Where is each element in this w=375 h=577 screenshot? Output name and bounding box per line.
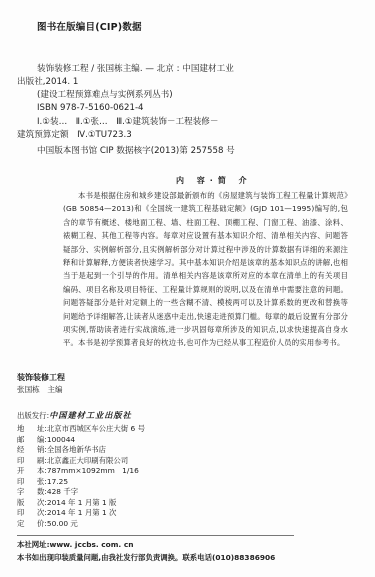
info-value: 17.25 [47, 477, 68, 486]
publisher-website: 本社网址:www. jccbs. com. cn [17, 539, 133, 550]
info-key: 地 [17, 424, 37, 435]
info-row-sheets: 印张:17.25 [17, 477, 68, 488]
copyright-page: 图书在版编目(CIP)数据 装饰装修工程 / 张国栋主编. — 北京 : 中国建… [0, 0, 375, 577]
info-key: 开 [17, 466, 37, 477]
cip-title-line: 装饰装修工程 / 张国栋主编. — 北京 : 中国建材工业 [37, 63, 234, 75]
info-key: 版 [17, 498, 37, 509]
info-row-format: 开本:787mm×1092mm 1/16 [17, 466, 139, 477]
info-value: 2014 年 1 月第 1 次 [47, 508, 117, 517]
cip-subject-line-cont: 建筑预算定额 Ⅳ.①TU723.3 [17, 129, 132, 141]
info-key-suffix: 价: [37, 519, 47, 530]
info-key: 邮 [17, 435, 37, 446]
colophon-book-title: 装饰装修工程 [17, 372, 65, 383]
info-row-printing: 印次:2014 年 1 月第 1 次 [17, 508, 116, 519]
publisher-row: 出版发行:中国建材工业出版社 [17, 410, 132, 422]
info-key: 字 [17, 487, 37, 498]
info-key-suffix: 本: [37, 466, 47, 477]
info-row-word-count: 字数:428 千字 [17, 487, 78, 498]
info-row-price: 定价:50.00 元 [17, 519, 78, 530]
intro-body: 本书是根据住房和城乡建设部最新颁布的《房屋建筑与装饰工程工程量计算规范》(GB … [63, 189, 348, 350]
info-key-suffix: 址: [37, 424, 47, 435]
publisher-name: 中国建材工业出版社 [49, 410, 132, 420]
divider [17, 535, 294, 536]
cip-series-line: (建设工程预算难点与实例系列丛书) [37, 89, 173, 101]
cip-subject-line: Ⅰ.①装… Ⅱ.①张… Ⅲ.①建筑装饰－工程装修－ [37, 116, 219, 128]
info-key: 印 [17, 477, 37, 488]
info-row-distributor: 经销:全国各地新华书店 [17, 445, 106, 456]
quality-notice: 本书如出现印装质量问题,由我社发行部负责调换。联系电话(010)88386906 [17, 552, 275, 563]
info-key-suffix: 次: [37, 508, 47, 519]
info-value: 428 千字 [47, 487, 78, 496]
intro-title: 内 容·简 介 [176, 175, 252, 186]
info-key-suffix: 编: [37, 435, 47, 446]
cip-heading: 图书在版编目(CIP)数据 [37, 19, 142, 33]
info-value: 787mm×1092mm 1/16 [47, 466, 139, 475]
info-row-postcode: 邮编:100044 [17, 435, 75, 446]
info-key-suffix: 数: [37, 487, 47, 498]
info-value: 100044 [47, 435, 75, 444]
cip-record-number: 中国版本图书馆 CIP 数据核字(2013)第 257558 号 [37, 145, 235, 157]
info-key-suffix: 刷: [37, 456, 47, 467]
info-key-suffix: 次: [37, 498, 47, 509]
info-value: 全国各地新华书店 [47, 445, 106, 454]
info-key: 经 [17, 445, 37, 456]
publisher-label: 出版发行: [17, 411, 49, 420]
cip-isbn-line: ISBN 978-7-5160-0621-4 [37, 102, 144, 114]
info-key-suffix: 张: [37, 477, 47, 488]
info-key: 定 [17, 519, 37, 530]
info-value: 50.00 元 [47, 519, 78, 528]
info-row-printer: 印刷:北京鑫正大印刷有限公司 [17, 456, 128, 467]
info-value: 北京市西城区车公庄大街 6 号 [47, 424, 145, 433]
info-key-suffix: 销: [37, 445, 47, 456]
info-key: 印 [17, 508, 37, 519]
colophon-editor: 张国栋 主编 [17, 384, 63, 395]
info-value: 北京鑫正大印刷有限公司 [47, 456, 128, 465]
info-row-address: 地址:北京市西城区车公庄大街 6 号 [17, 424, 145, 435]
info-row-edition: 版次:2014 年 1 月第 1 版 [17, 498, 116, 509]
info-key: 印 [17, 456, 37, 467]
info-value: 2014 年 1 月第 1 版 [47, 498, 117, 507]
cip-publisher-line: 出版社,2014. 1 [17, 76, 78, 88]
